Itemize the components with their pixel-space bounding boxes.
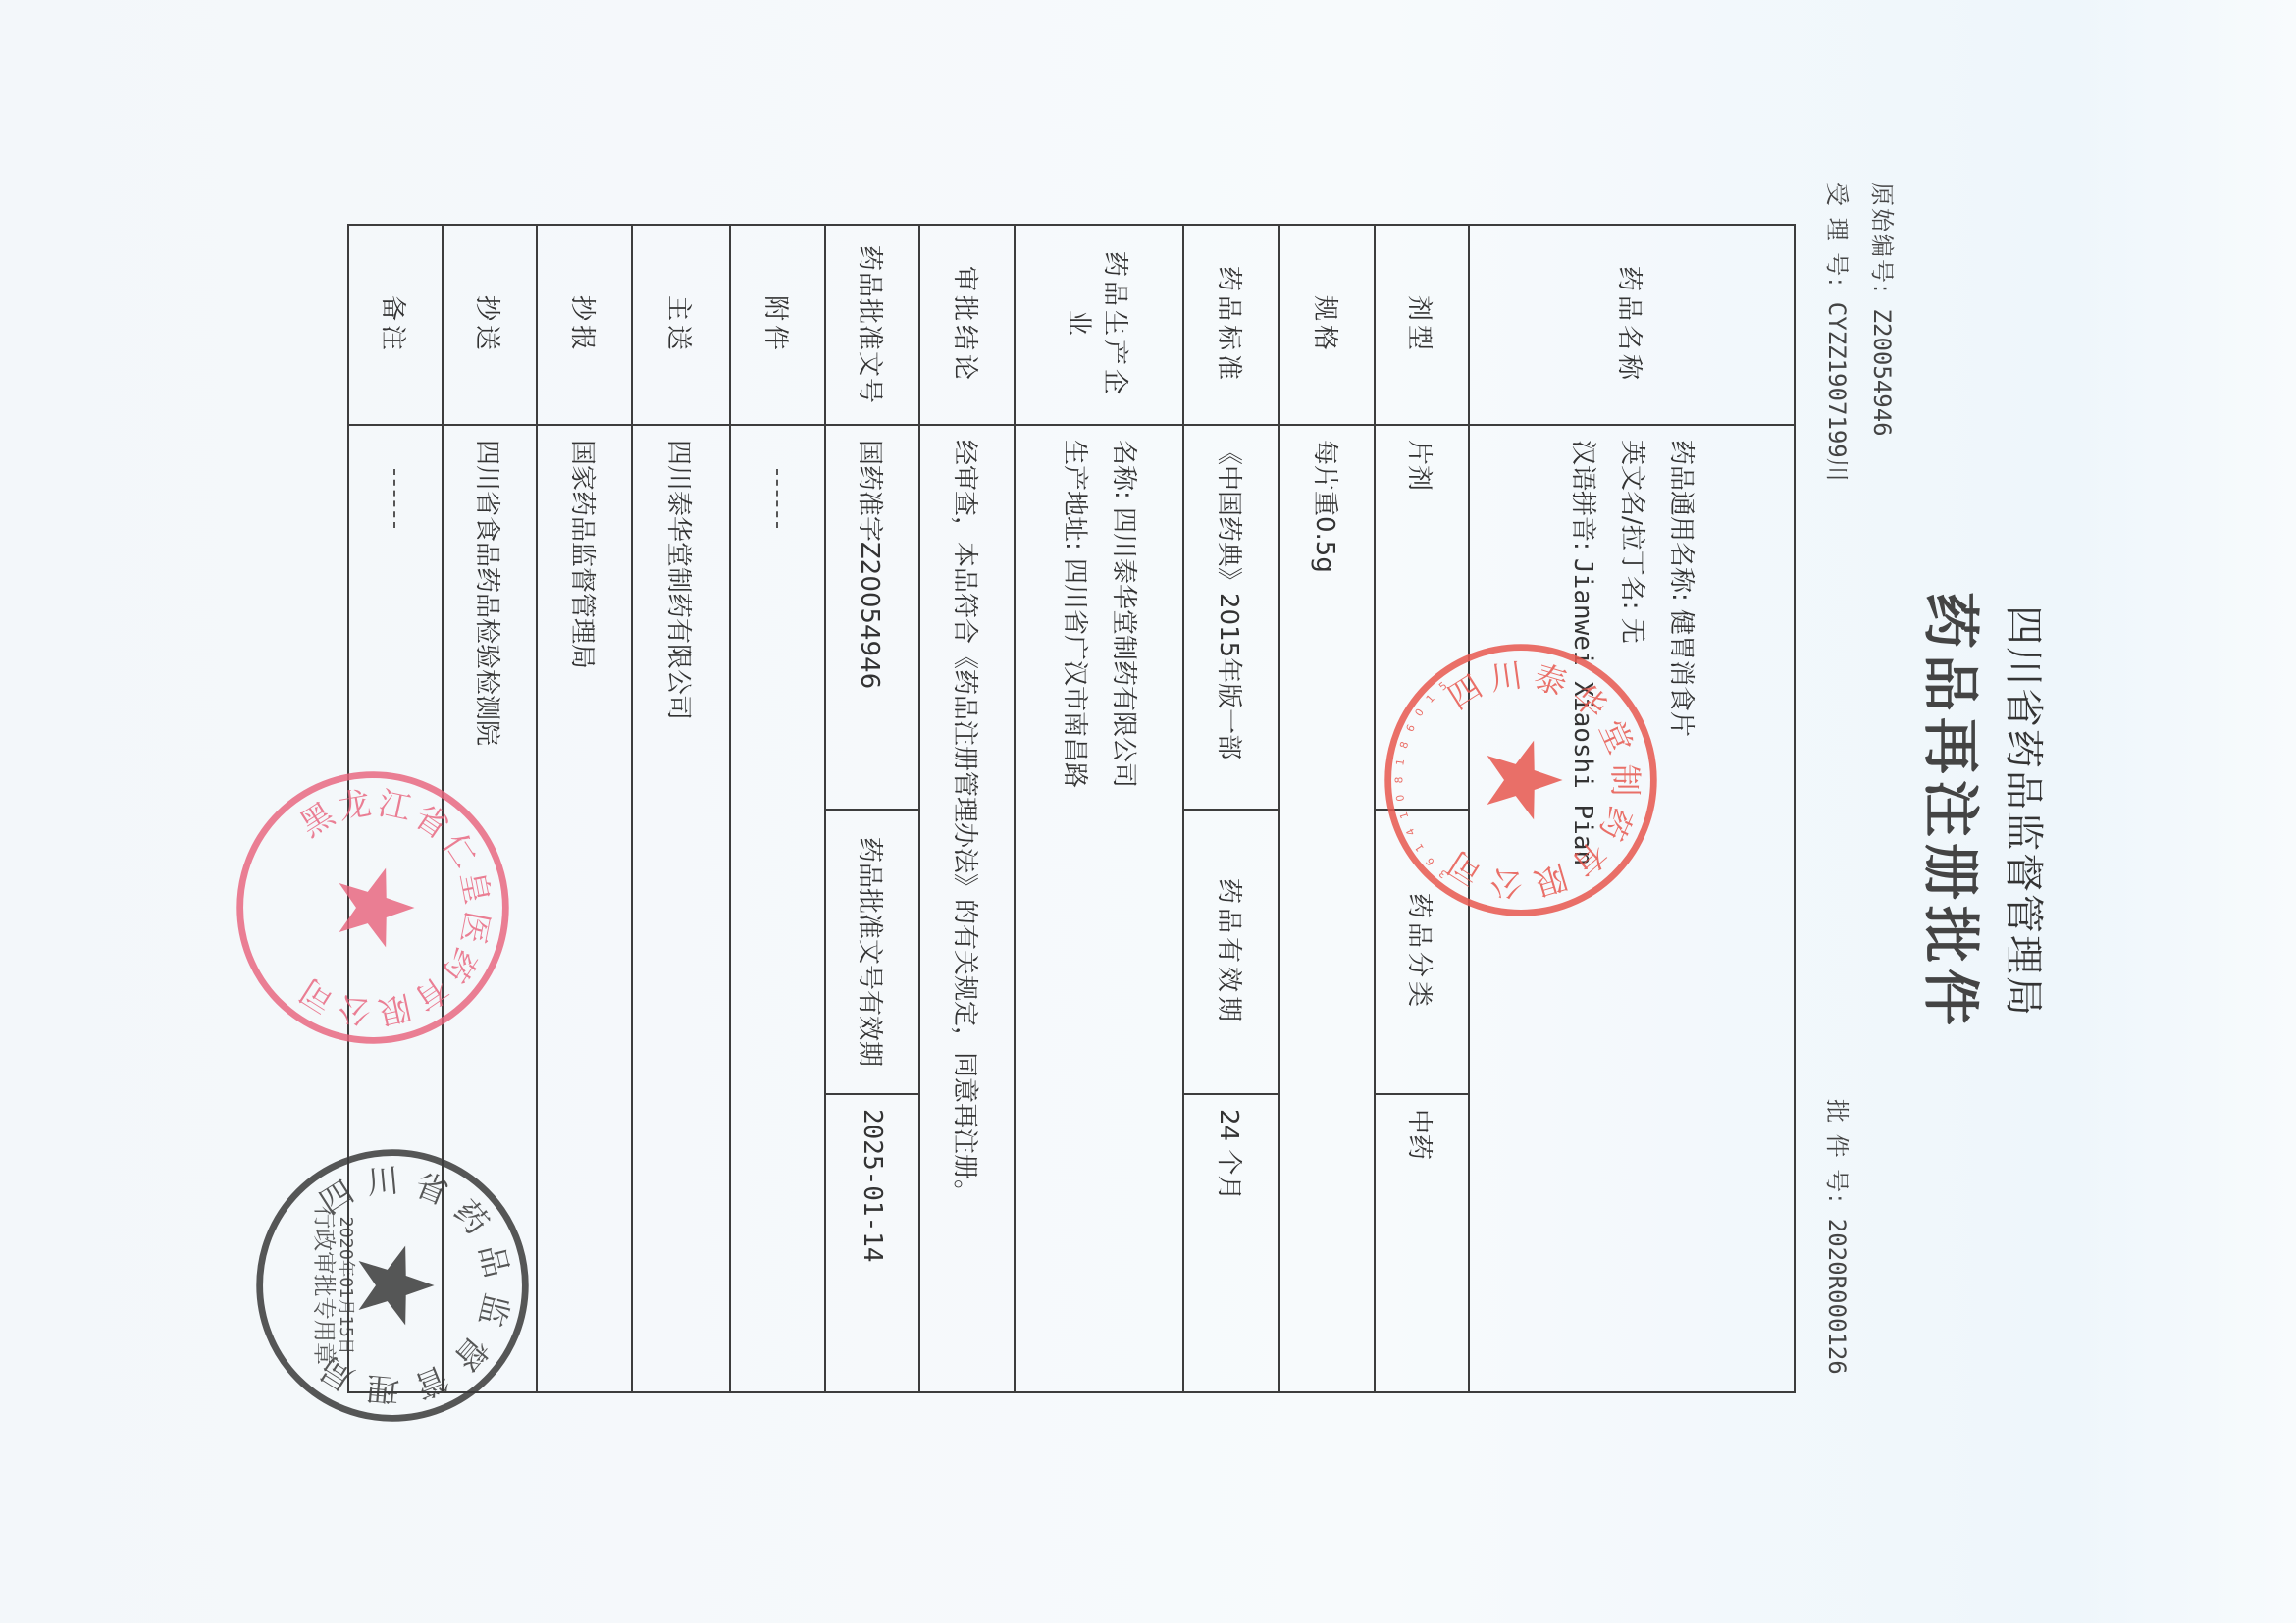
original-number: 原始编号: Z20054946 xyxy=(1867,183,1902,437)
label-approval-number: 药品批准文号 xyxy=(825,225,919,425)
acceptance-number: 受 理 号: CYZZ1907199川 xyxy=(1822,183,1856,482)
row-drug-name: 药品名称 药品通用名称: 健胃消食片 英文名/拉丁名: 无 汉语拼音: Jian… xyxy=(1469,225,1795,1392)
pinyin-value: Jianwei Xiaoshi Pian xyxy=(1568,558,1597,865)
pinyin-name: 汉语拼音: Jianwei Xiaoshi Pian xyxy=(1558,440,1607,1378)
value-validity: 24 个月 xyxy=(1183,1094,1279,1392)
generic-name: 药品通用名称: 健胃消食片 xyxy=(1656,440,1705,1378)
label-drug-name: 药品名称 xyxy=(1469,225,1795,425)
row-spec: 规格 每片重0.5g xyxy=(1279,225,1375,1392)
value-conclusion: 经审查，本品符合《药品注册管理办法》的有关规定，同意再注册。 xyxy=(919,425,1015,1392)
label-conclusion: 审批结论 xyxy=(919,225,1015,425)
english-name-value: 无 xyxy=(1617,618,1646,644)
row-manufacturer: 药品生产企业 名称: 四川泰华堂制药有限公司 生产地址: 四川省广汉市南昌路 xyxy=(1015,225,1183,1392)
row-copy-to: 抄送 四川省食品药品检验检测院 xyxy=(443,225,537,1392)
acceptance-number-value: CYZZ1907199川 xyxy=(1823,302,1851,482)
value-spec: 每片重0.5g xyxy=(1279,425,1375,1392)
row-main-recipient: 主送 四川泰华堂制药有限公司 xyxy=(632,225,730,1392)
value-report-to: 国家药品监督管理局 xyxy=(537,425,632,1392)
manufacturer-address: 生产地址: 四川省广汉市南昌路 xyxy=(1050,440,1099,1378)
row-approval-number: 药品批准文号 国药准字Z20054946 药品批准文号有效期 2025-01-1… xyxy=(825,225,919,1392)
english-name: 英文名/拉丁名: 无 xyxy=(1607,440,1656,1378)
label-copy-to: 抄送 xyxy=(443,225,537,425)
english-name-label: 英文名/拉丁名: xyxy=(1617,440,1646,610)
label-validity: 药品有效期 xyxy=(1183,810,1279,1094)
document-page: 四川省药品监督管理局 药品再注册批件 原始编号: Z20054946 受 理 号… xyxy=(0,0,2296,1623)
row-dosage-form: 剂型 片剂 药品分类 中药 xyxy=(1375,225,1469,1392)
label-dosage-form: 剂型 xyxy=(1375,225,1469,425)
value-approval-expiry: 2025-01-14 xyxy=(825,1094,919,1392)
label-category: 药品分类 xyxy=(1375,810,1469,1094)
value-attachment xyxy=(730,425,825,1392)
manufacturer-address-label: 生产地址: xyxy=(1060,440,1089,550)
label-remarks: 备注 xyxy=(348,225,443,425)
manufacturer-name-label: 名称: xyxy=(1109,440,1138,499)
approval-document-number-label: 批 件 号: xyxy=(1823,1099,1851,1204)
generic-name-label: 药品通用名称: xyxy=(1666,440,1696,602)
value-manufacturer: 名称: 四川泰华堂制药有限公司 生产地址: 四川省广汉市南昌路 xyxy=(1015,425,1183,1392)
value-category: 中药 xyxy=(1375,1094,1469,1392)
empty-dash xyxy=(394,469,396,528)
original-number-label: 原始编号: xyxy=(1868,183,1896,294)
svg-text:行政审批专用章: 行政审批专用章 xyxy=(311,1206,338,1365)
svg-text:黑: 黑 xyxy=(293,794,342,844)
manufacturer-name: 名称: 四川泰华堂制药有限公司 xyxy=(1099,440,1148,1378)
label-spec: 规格 xyxy=(1279,225,1375,425)
label-report-to: 抄报 xyxy=(537,225,632,425)
empty-dash xyxy=(776,469,778,528)
acceptance-number-label: 受 理 号: xyxy=(1823,183,1851,288)
value-remarks xyxy=(348,425,443,1392)
row-standard: 药品标准 《中国药典》2015年版一部 药品有效期 24 个月 xyxy=(1183,225,1279,1392)
document-title: 药品再注册批件 xyxy=(1914,0,1997,1623)
value-approval-number: 国药准字Z20054946 xyxy=(825,425,919,810)
issuing-agency: 四川省药品监督管理局 xyxy=(1999,0,2055,1623)
value-copy-to: 四川省食品药品检验检测院 xyxy=(443,425,537,1392)
label-attachment: 附件 xyxy=(730,225,825,425)
scan-frame: 四川省药品监督管理局 药品再注册批件 原始编号: Z20054946 受 理 号… xyxy=(0,0,2296,1623)
label-standard: 药品标准 xyxy=(1183,225,1279,425)
pinyin-label: 汉语拼音: xyxy=(1568,440,1597,550)
manufacturer-address-value: 四川省广汉市南昌路 xyxy=(1060,558,1089,788)
row-attachment: 附件 xyxy=(730,225,825,1392)
label-main-recipient: 主送 xyxy=(632,225,730,425)
row-report-to: 抄报 国家药品监督管理局 xyxy=(537,225,632,1392)
value-main-recipient: 四川泰华堂制药有限公司 xyxy=(632,425,730,1392)
generic-name-value: 健胃消食片 xyxy=(1666,609,1696,737)
original-number-value: Z20054946 xyxy=(1868,309,1896,437)
label-manufacturer: 药品生产企业 xyxy=(1015,225,1183,425)
svg-text:司: 司 xyxy=(293,971,341,1021)
label-approval-expiry: 药品批准文号有效期 xyxy=(825,810,919,1094)
manufacturer-name-value: 四川泰华堂制药有限公司 xyxy=(1109,507,1138,788)
value-dosage-form: 片剂 xyxy=(1375,425,1469,810)
registration-table: 药品名称 药品通用名称: 健胃消食片 英文名/拉丁名: 无 汉语拼音: Jian… xyxy=(347,224,1796,1393)
row-remarks: 备注 xyxy=(348,225,443,1392)
row-conclusion: 审批结论 经审查，本品符合《药品注册管理办法》的有关规定，同意再注册。 xyxy=(919,225,1015,1392)
value-standard: 《中国药典》2015年版一部 xyxy=(1183,425,1279,810)
approval-document-number: 批 件 号: 2020R000126 xyxy=(1822,1099,1856,1375)
approval-document-number-value: 2020R000126 xyxy=(1823,1219,1851,1375)
value-drug-name: 药品通用名称: 健胃消食片 英文名/拉丁名: 无 汉语拼音: Jianwei X… xyxy=(1469,425,1795,1392)
